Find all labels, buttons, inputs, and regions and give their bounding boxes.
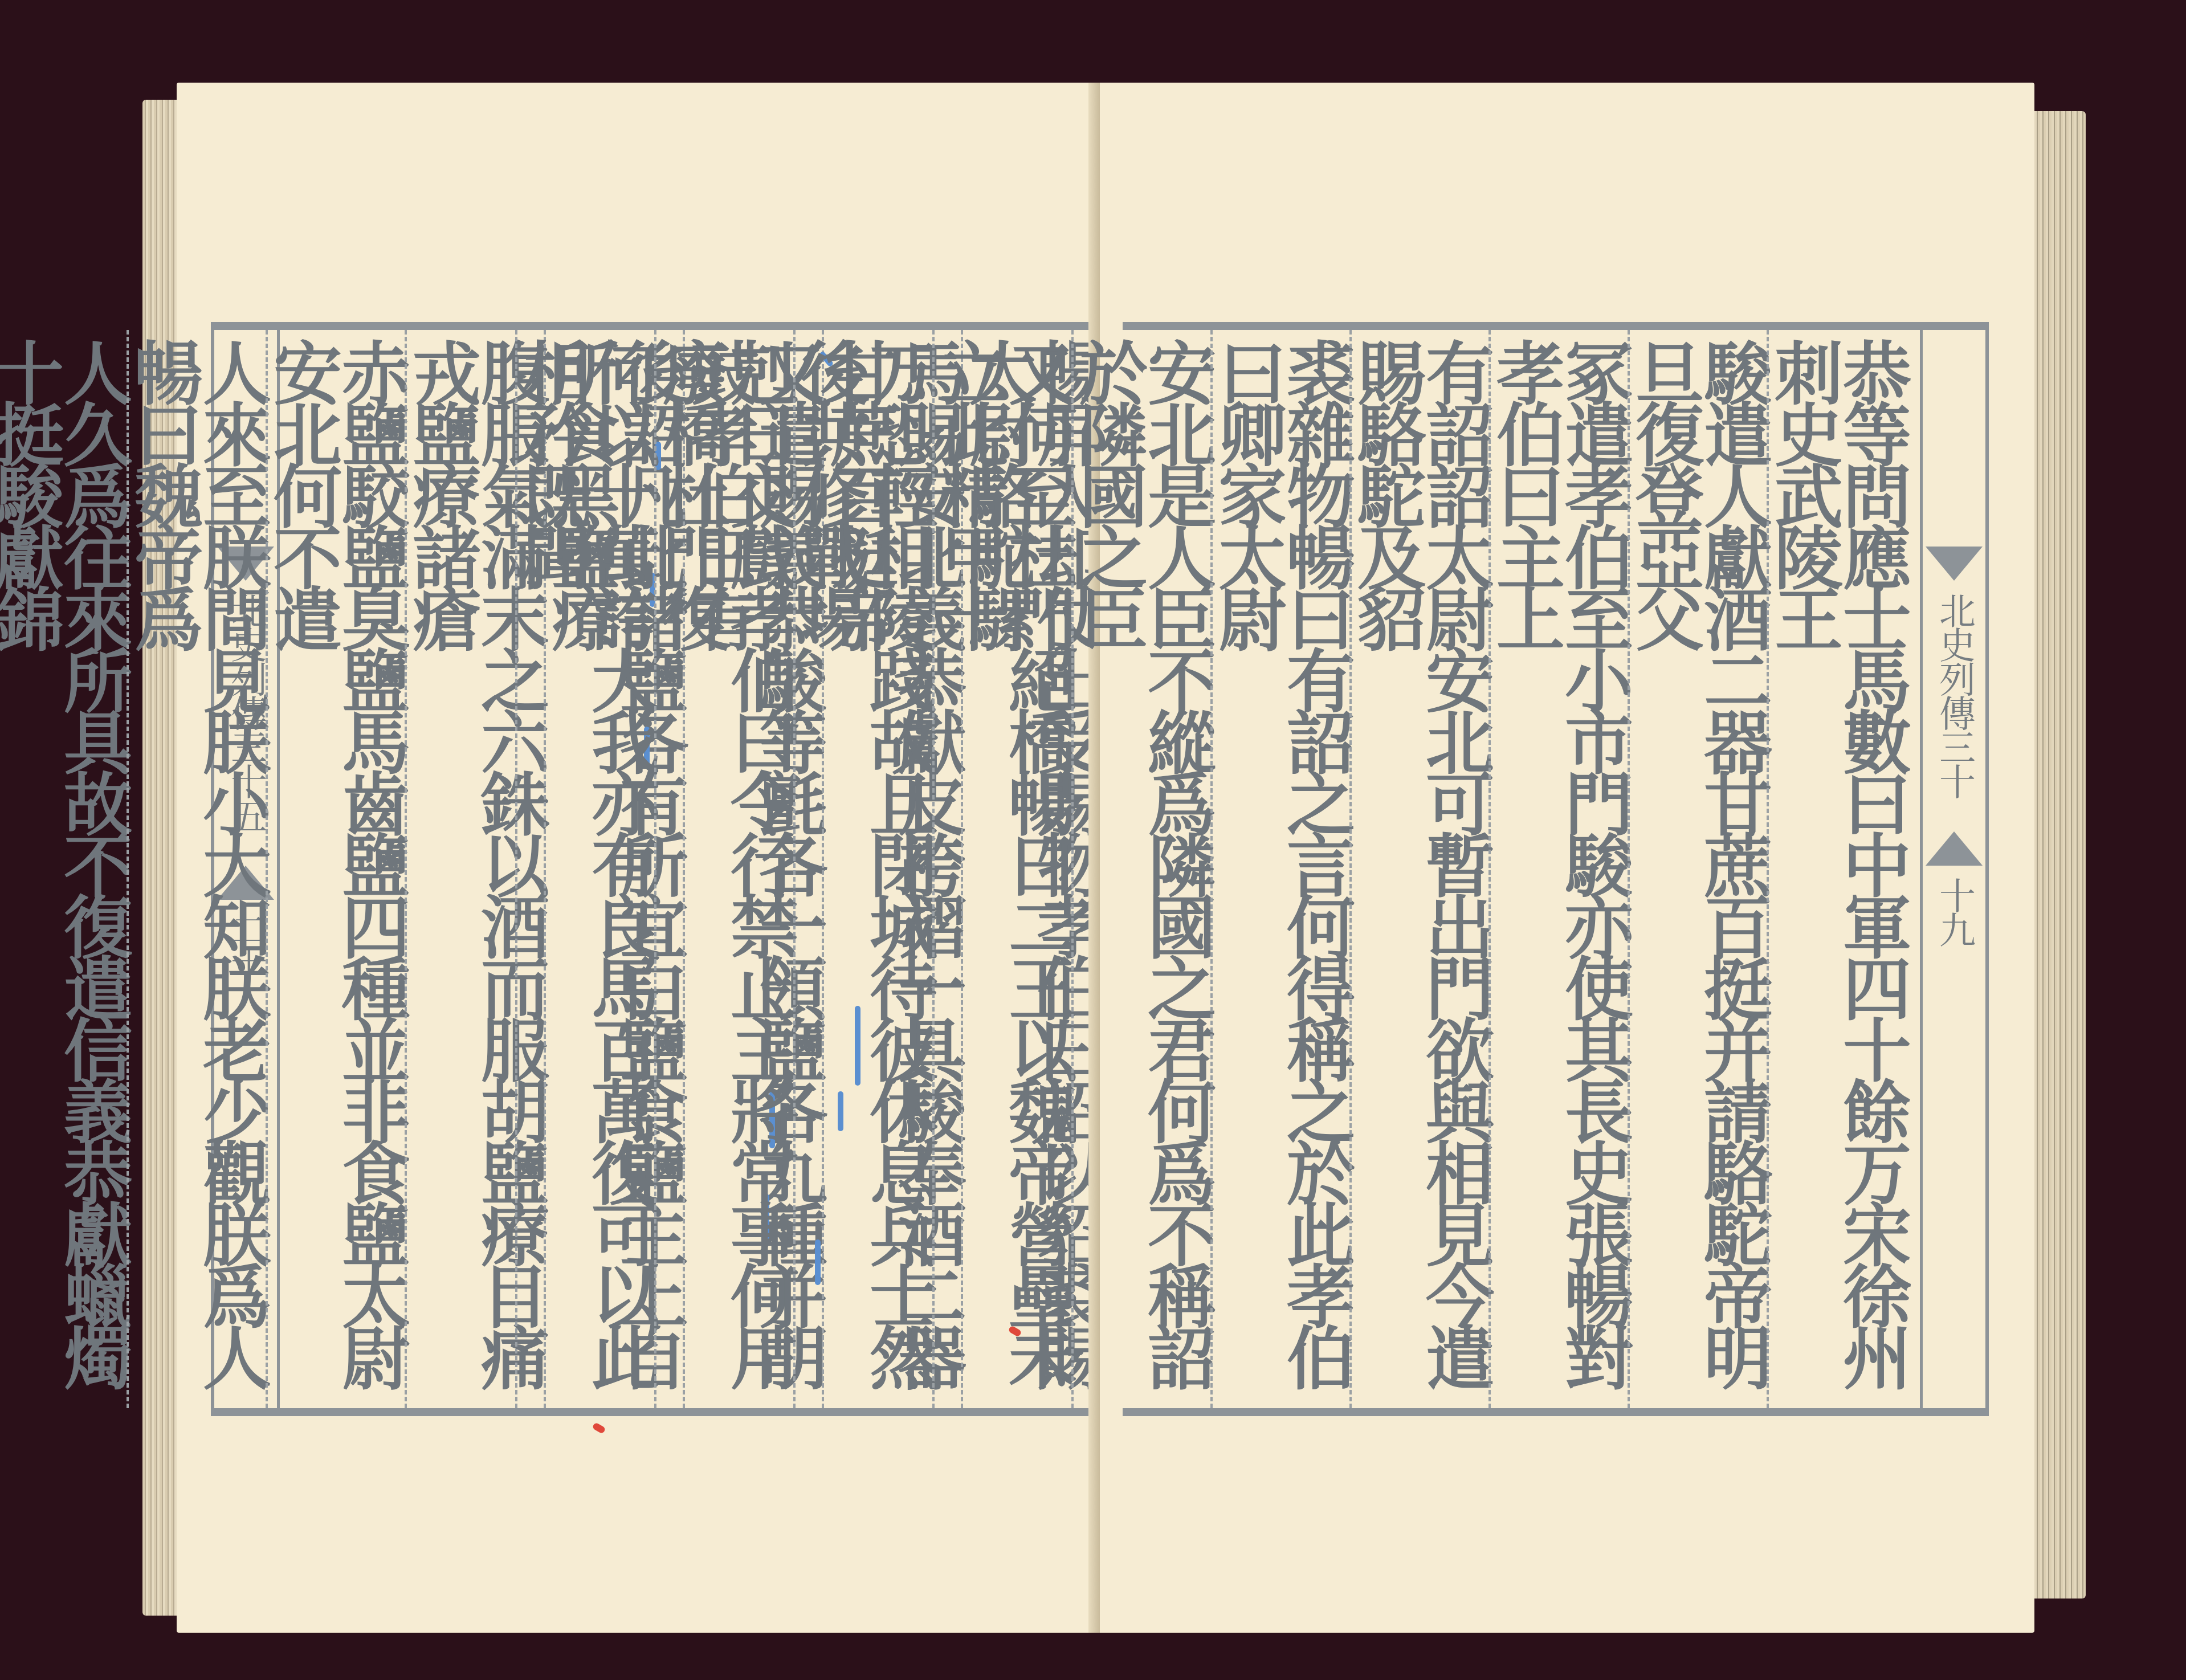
page-stack-right [2034, 111, 2086, 1599]
fishtail-mark-lower [1926, 831, 1983, 866]
text-column: 人來至朕間見朕小大知朕老少觀朕爲人暢曰魏帝爲 [127, 330, 266, 1408]
right-page: 北史列傳三十 十九 恭等問應士馬數曰中軍四十餘万宋徐州刺史武陵王 駿遣人獻酒二器… [1100, 83, 2034, 1633]
text-column: 有詔詔太尉安北可暫出門欲與相見今遣賜駱駝及貂 [1349, 330, 1488, 1408]
right-page-number: 十九 [1928, 877, 1980, 945]
text-column: 安北是人臣不縱爲隣國之君何爲不稱詔於隣國之臣 [1071, 330, 1210, 1408]
text-column: 万恐輕相陵踐故且閉城待彼休息兵士然後共修戰場 [793, 330, 932, 1408]
text-column: 裘雜物暢曰有詔之言何得稱之於此孝伯曰卿家太尉 [1210, 330, 1349, 1408]
text-column: 冢遣孝伯至小市門駿亦使其長史張暢對孝伯曰主上 [1488, 330, 1628, 1408]
text-column: 人久爲往來所具故不復遣信義恭獻蠟燭十挺駿獻錦 [0, 330, 127, 1408]
text-column: 赤鹽駮鹽臭鹽馬齒鹽四種並非食鹽太尉安北何不遣 [266, 330, 405, 1408]
red-annotation-mark [592, 1422, 606, 1434]
text-column: 剋日交戲孝伯曰令行禁止主將常事何用廢橋杜門復 [654, 330, 793, 1408]
fishtail-mark-upper [1926, 547, 1983, 581]
right-text-frame: 北史列傳三十 十九 恭等問應士馬數曰中軍四十餘万宋徐州刺史武陵王 駿遣人獻酒二器… [1123, 322, 1989, 1416]
open-book: 北史列傳三十五 二十 暢屏人却仗出受賜物孝伯曰詔以貂裘賜太尉駱駝騾 馬賜安北義恭… [142, 77, 2086, 1650]
text-column: 恭等問應士馬數曰中軍四十餘万宋徐州刺史武陵王 [1767, 330, 1906, 1408]
text-column: 駿遣人獻酒二器甘蔗百挺并請駱駝帝明旦復登亞父 [1628, 330, 1767, 1408]
right-page-margin: 北史列傳三十 十九 [1920, 330, 1985, 1408]
right-book-title: 北史列傳三十 [1928, 592, 1980, 797]
text-column: 何以十萬誇大我亦有良馬百萬復可以此相矜既聞 [515, 330, 654, 1408]
text-column: 又何至杜門絕橋暢曰二王以魏帝營壘未立此精甲十 [932, 330, 1071, 1408]
right-columns: 恭等問應士馬數曰中軍四十餘万宋徐州刺史武陵王 駿遣人獻酒二器甘蔗百挺并請駱駝帝明… [1123, 330, 1906, 1408]
